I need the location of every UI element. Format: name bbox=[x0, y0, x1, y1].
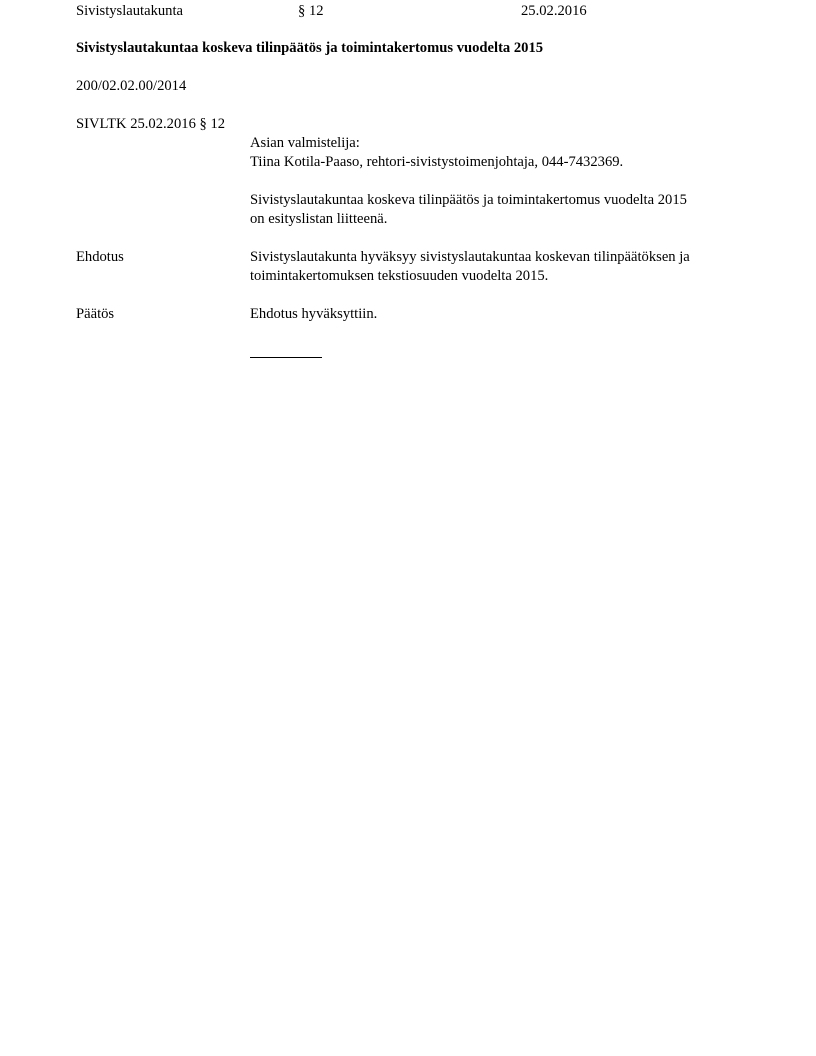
description-line-2: on esityslistan liitteenä. bbox=[250, 210, 387, 229]
record-number: 200/02.02.00/2014 bbox=[76, 77, 186, 96]
decision-label: Päätös bbox=[76, 305, 114, 324]
end-divider bbox=[250, 357, 322, 358]
preparer-details: Tiina Kotila-Paaso, rehtori-sivistystoim… bbox=[250, 153, 623, 172]
meeting-date: 25.02.2016 bbox=[521, 2, 587, 21]
section-number: § 12 bbox=[298, 2, 324, 21]
committee-name: Sivistyslautakunta bbox=[76, 2, 183, 21]
proposal-label: Ehdotus bbox=[76, 248, 124, 267]
proposal-line-2: toimintakertomuksen tekstiosuuden vuodel… bbox=[250, 267, 548, 286]
description-line-1: Sivistyslautakuntaa koskeva tilinpäätös … bbox=[250, 191, 687, 210]
meeting-reference: SIVLTK 25.02.2016 § 12 bbox=[76, 115, 225, 134]
decision-text: Ehdotus hyväksyttiin. bbox=[250, 305, 377, 324]
proposal-line-1: Sivistyslautakunta hyväksyy sivistyslaut… bbox=[250, 248, 690, 267]
preparer-label: Asian valmistelija: bbox=[250, 134, 360, 153]
document-title: Sivistyslautakuntaa koskeva tilinpäätös … bbox=[76, 39, 543, 58]
